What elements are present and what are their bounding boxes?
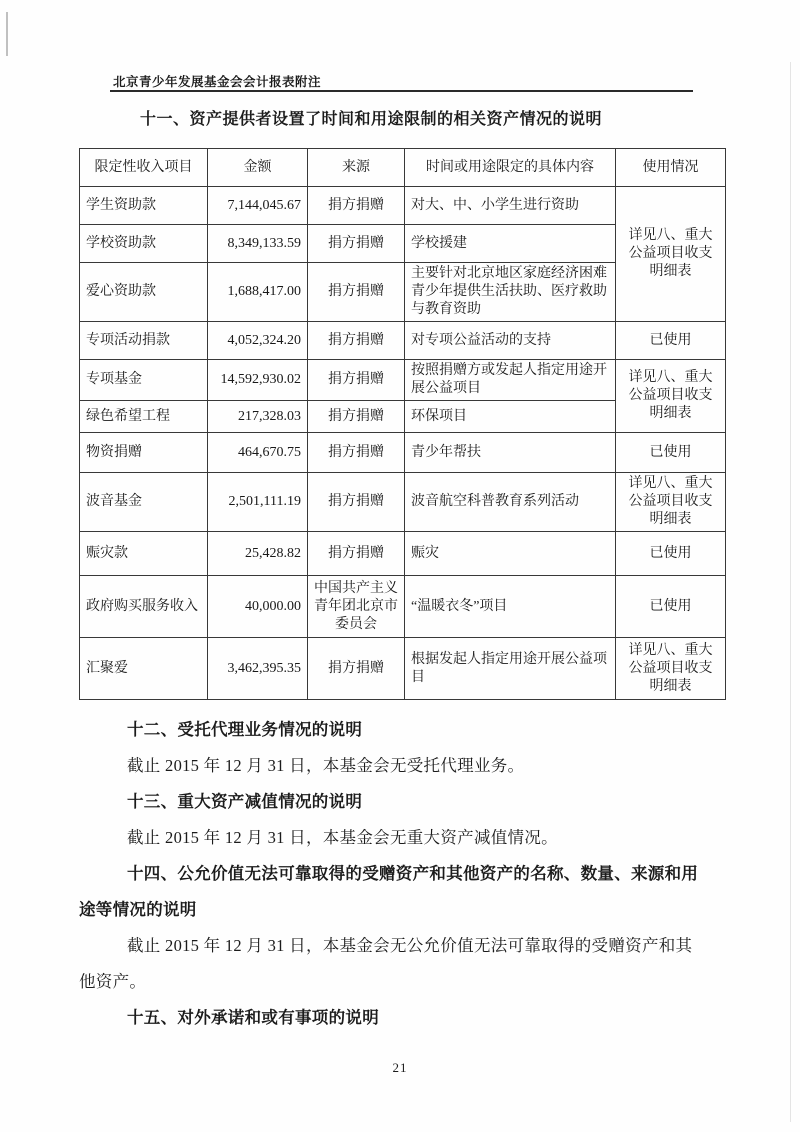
cell-amount: 14,592,930.02 bbox=[208, 360, 308, 401]
section-11-title: 十一、资产提供者设置了时间和用途限制的相关资产情况的说明 bbox=[140, 106, 602, 129]
cell-usage-merged: 详见八、重大公益项目收支明细表 bbox=[616, 360, 726, 433]
cell-source: 捐方捐赠 bbox=[308, 638, 405, 700]
cell-usage-merged: 详见八、重大公益项目收支明细表 bbox=[616, 187, 726, 322]
col-header-amount: 金额 bbox=[208, 149, 308, 187]
cell-amount: 40,000.00 bbox=[208, 576, 308, 638]
cell-content: 对专项公益活动的支持 bbox=[405, 322, 616, 360]
section-14-body-line2: 他资产。 bbox=[79, 964, 719, 1000]
cell-content: 赈灾 bbox=[405, 532, 616, 576]
cell-amount: 8,349,133.59 bbox=[208, 225, 308, 263]
cell-usage: 已使用 bbox=[616, 433, 726, 473]
cell-content: 对大、中、小学生进行资助 bbox=[405, 187, 616, 225]
cell-source: 捐方捐赠 bbox=[308, 187, 405, 225]
cell-usage: 详见八、重大公益项目收支明细表 bbox=[616, 473, 726, 532]
running-header: 北京青少年发展基金会会计报表附注 bbox=[113, 72, 321, 90]
cell-content: “温暖衣冬”项目 bbox=[405, 576, 616, 638]
table-row: 赈灾款 25,428.82 捐方捐赠 赈灾 已使用 bbox=[80, 532, 726, 576]
cell-usage: 已使用 bbox=[616, 322, 726, 360]
col-header-item: 限定性收入项目 bbox=[80, 149, 208, 187]
restricted-income-table: 限定性收入项目 金额 来源 时间或用途限定的具体内容 使用情况 学生资助款 7,… bbox=[79, 148, 726, 700]
cell-amount: 7,144,045.67 bbox=[208, 187, 308, 225]
notes-sections: 十二、受托代理业务情况的说明 截止 2015 年 12 月 31 日，本基金会无… bbox=[79, 712, 719, 1036]
cell-amount: 3,462,395.35 bbox=[208, 638, 308, 700]
page-number: 21 bbox=[0, 1060, 800, 1076]
col-header-usage: 使用情况 bbox=[616, 149, 726, 187]
table-row: 专项活动捐款 4,052,324.20 捐方捐赠 对专项公益活动的支持 已使用 bbox=[80, 322, 726, 360]
cell-amount: 25,428.82 bbox=[208, 532, 308, 576]
document-page: 北京青少年发展基金会会计报表附注 十一、资产提供者设置了时间和用途限制的相关资产… bbox=[0, 0, 800, 1132]
cell-item: 波音基金 bbox=[80, 473, 208, 532]
table-row: 汇聚爱 3,462,395.35 捐方捐赠 根据发起人指定用途开展公益项目 详见… bbox=[80, 638, 726, 700]
cell-amount: 217,328.03 bbox=[208, 401, 308, 433]
cell-item: 绿色希望工程 bbox=[80, 401, 208, 433]
cell-source: 捐方捐赠 bbox=[308, 401, 405, 433]
cell-item: 专项活动捐款 bbox=[80, 322, 208, 360]
section-12-body: 截止 2015 年 12 月 31 日，本基金会无受托代理业务。 bbox=[79, 748, 719, 784]
cell-amount: 4,052,324.20 bbox=[208, 322, 308, 360]
cell-item: 赈灾款 bbox=[80, 532, 208, 576]
table-row: 政府购买服务收入 40,000.00 中国共产主义青年团北京市委员会 “温暖衣冬… bbox=[80, 576, 726, 638]
table-row: 波音基金 2,501,111.19 捐方捐赠 波音航空科普教育系列活动 详见八、… bbox=[80, 473, 726, 532]
cell-item: 政府购买服务收入 bbox=[80, 576, 208, 638]
cell-source: 捐方捐赠 bbox=[308, 433, 405, 473]
section-14-title-line1: 十四、公允价值无法可靠取得的受赠资产和其他资产的名称、数量、来源和用 bbox=[79, 856, 719, 892]
header-rule bbox=[110, 90, 693, 92]
table-row: 物资捐赠 464,670.75 捐方捐赠 青少年帮扶 已使用 bbox=[80, 433, 726, 473]
cell-amount: 464,670.75 bbox=[208, 433, 308, 473]
cell-content: 主要针对北京地区家庭经济困难青少年提供生活扶助、医疗救助与教育资助 bbox=[405, 263, 616, 322]
cell-content: 按照捐赠方或发起人指定用途开展公益项目 bbox=[405, 360, 616, 401]
section-14-body-line1: 截止 2015 年 12 月 31 日，本基金会无公允价值无法可靠取得的受赠资产… bbox=[79, 928, 719, 964]
cell-source: 捐方捐赠 bbox=[308, 473, 405, 532]
cell-usage: 详见八、重大公益项目收支明细表 bbox=[616, 638, 726, 700]
section-14-title-line2: 途等情况的说明 bbox=[79, 892, 719, 928]
cell-content: 环保项目 bbox=[405, 401, 616, 433]
col-header-source: 来源 bbox=[308, 149, 405, 187]
col-header-content: 时间或用途限定的具体内容 bbox=[405, 149, 616, 187]
cell-item: 专项基金 bbox=[80, 360, 208, 401]
scan-artifact-left bbox=[6, 12, 8, 56]
cell-source: 捐方捐赠 bbox=[308, 532, 405, 576]
section-12-title: 十二、受托代理业务情况的说明 bbox=[79, 712, 719, 748]
table-row: 专项基金 14,592,930.02 捐方捐赠 按照捐赠方或发起人指定用途开展公… bbox=[80, 360, 726, 401]
section-13-title: 十三、重大资产减值情况的说明 bbox=[79, 784, 719, 820]
cell-item: 物资捐赠 bbox=[80, 433, 208, 473]
cell-content: 波音航空科普教育系列活动 bbox=[405, 473, 616, 532]
cell-content: 青少年帮扶 bbox=[405, 433, 616, 473]
cell-source: 捐方捐赠 bbox=[308, 360, 405, 401]
cell-usage: 已使用 bbox=[616, 576, 726, 638]
table-header-row: 限定性收入项目 金额 来源 时间或用途限定的具体内容 使用情况 bbox=[80, 149, 726, 187]
section-13-body: 截止 2015 年 12 月 31 日，本基金会无重大资产减值情况。 bbox=[79, 820, 719, 856]
cell-usage: 已使用 bbox=[616, 532, 726, 576]
cell-content: 根据发起人指定用途开展公益项目 bbox=[405, 638, 616, 700]
cell-source: 捐方捐赠 bbox=[308, 322, 405, 360]
cell-item: 爱心资助款 bbox=[80, 263, 208, 322]
cell-item: 学校资助款 bbox=[80, 225, 208, 263]
table-row: 学生资助款 7,144,045.67 捐方捐赠 对大、中、小学生进行资助 详见八… bbox=[80, 187, 726, 225]
section-15-title: 十五、对外承诺和或有事项的说明 bbox=[79, 1000, 719, 1036]
cell-amount: 2,501,111.19 bbox=[208, 473, 308, 532]
cell-source: 捐方捐赠 bbox=[308, 225, 405, 263]
cell-source: 捐方捐赠 bbox=[308, 263, 405, 322]
cell-amount: 1,688,417.00 bbox=[208, 263, 308, 322]
scan-artifact-right bbox=[790, 62, 791, 1122]
cell-item: 汇聚爱 bbox=[80, 638, 208, 700]
cell-content: 学校援建 bbox=[405, 225, 616, 263]
cell-source: 中国共产主义青年团北京市委员会 bbox=[308, 576, 405, 638]
cell-item: 学生资助款 bbox=[80, 187, 208, 225]
